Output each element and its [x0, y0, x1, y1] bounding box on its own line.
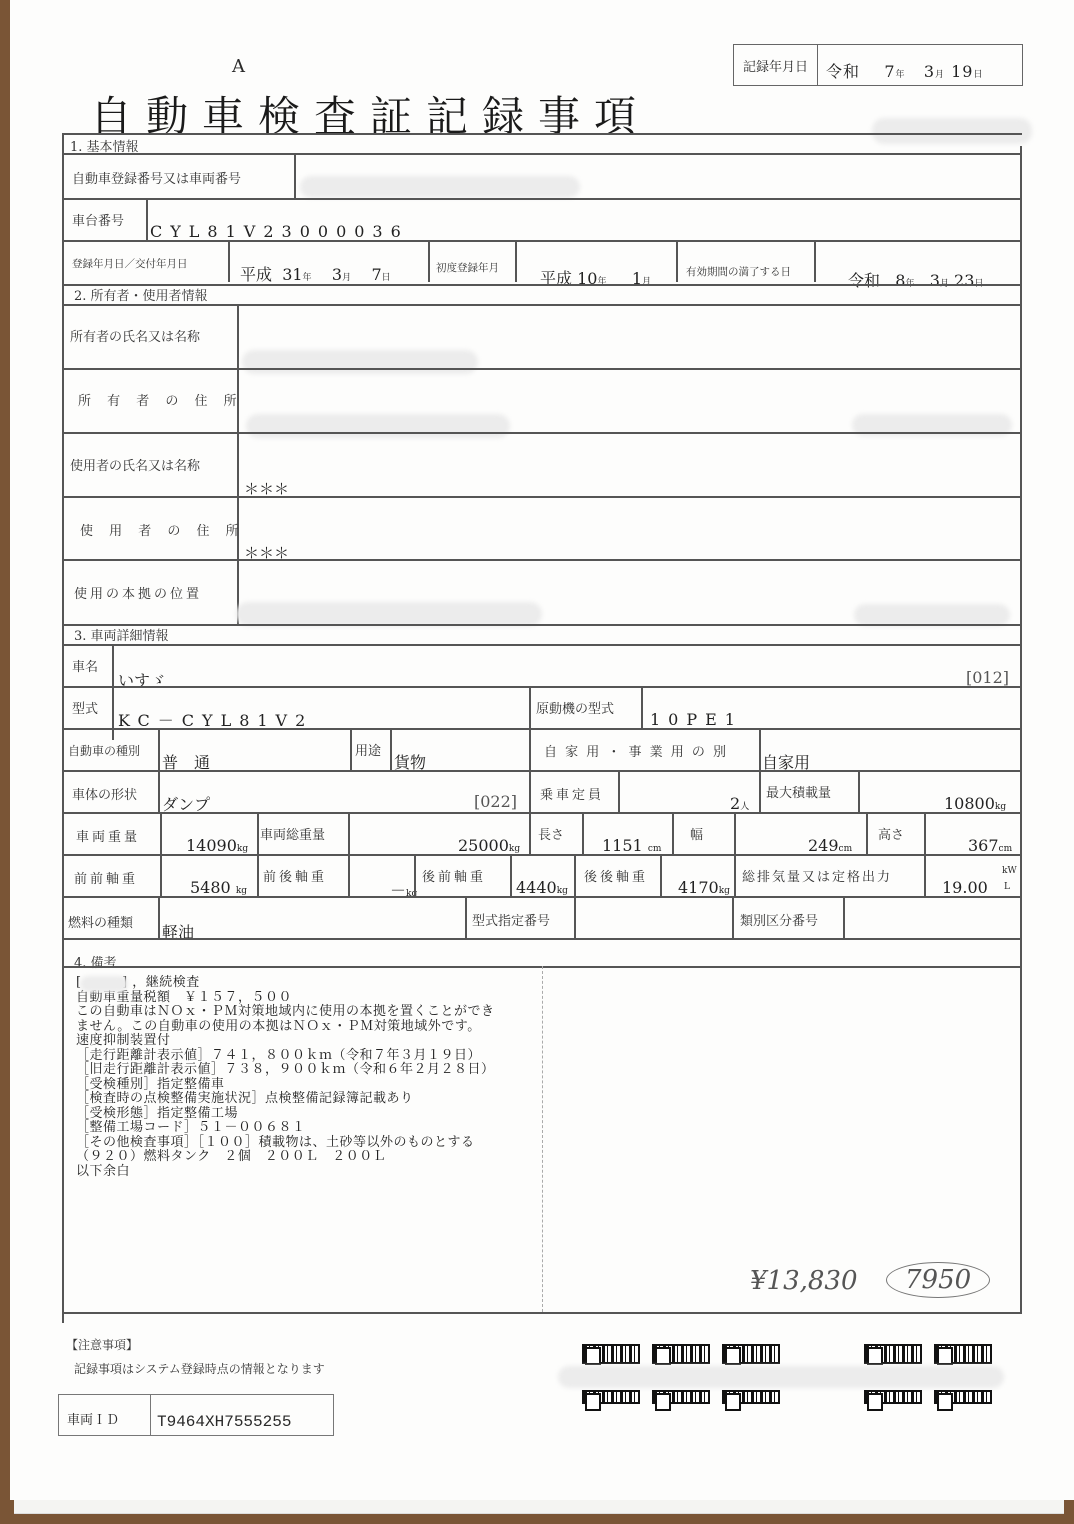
vehicle-id-box: 車両ＩＤ T9464XH7555255 — [58, 1394, 334, 1436]
qr-code-icon — [722, 1344, 780, 1364]
vehicle-id-value: T9464XH7555255 — [151, 1395, 333, 1435]
displacement-unit-l: L — [1004, 882, 1010, 892]
height-label: 高さ — [878, 824, 904, 843]
reg-number-label: 自動車登録番号又は車両番号 — [72, 168, 241, 187]
engine-label: 原動機の型式 — [536, 698, 614, 717]
user-address-label: 使 用 者 の 住 所 — [80, 520, 245, 539]
redacted-owner-address — [246, 414, 510, 438]
length-value: 1151 cm — [602, 836, 661, 855]
expiry-label: 有効期間の満了する日 — [686, 264, 791, 279]
handwritten-amount: ¥13,830 — [750, 1266, 858, 1296]
purpose-label: 用途 — [355, 740, 381, 759]
displacement-label: 総排気量又は定格出力 — [742, 866, 892, 885]
fuel-value: 軽油 — [162, 920, 194, 943]
category-label: 類別区分番号 — [740, 910, 818, 929]
rr-axle-value: 4170kg — [678, 878, 730, 897]
type-designation-label: 型式指定番号 — [472, 910, 550, 929]
remark-line: （９２０）燃料タンク ２個 ２００Ｌ ２００Ｌ — [76, 1150, 495, 1165]
rr-axle-label: 後後軸重 — [584, 866, 648, 885]
record-date-label: 記録年月日 — [734, 45, 818, 85]
max-load-value: 10800kg — [944, 794, 1006, 813]
gross-weight-label: 車両総重量 — [260, 824, 325, 843]
redacted-reg-number — [300, 176, 580, 198]
rf-axle-value: 4440kg — [516, 878, 568, 897]
gross-weight-value: 25000kg — [458, 836, 520, 855]
qr-code-icon — [652, 1390, 710, 1404]
remark-line: [ ] ，継続検査 — [76, 976, 495, 991]
remark-line: ［検査時の点検整備実施状況］点検整備記録簿記載あり — [76, 1092, 495, 1107]
car-name-value: いすゞ — [118, 668, 166, 691]
remark-line: ません。この自動車の使用の本拠はＮＯｘ・ＰＭ対策地域外です。 — [76, 1020, 495, 1035]
fr-axle-label: 前後軸重 — [263, 866, 327, 885]
redacted-area — [872, 118, 1032, 144]
chassis-label: 車台番号 — [72, 210, 124, 229]
expiry-value: 令和 8年 3月 23日 — [848, 268, 983, 291]
inspection-certificate-record: A 自動車検査証記録事項 記録年月日 令和 7年 3月 19日 1. 基本情報 … — [10, 0, 1074, 1500]
ff-axle-label: 前前軸重 — [74, 868, 138, 887]
section4-heading: 4. 備考 — [74, 952, 117, 971]
vehicle-weight-label: 車両重量 — [76, 826, 140, 845]
displacement-unit-kw: kW — [1002, 866, 1017, 876]
redacted-base-location — [236, 602, 542, 626]
remark-line: ［整備工場コード］５１－００６８１ — [76, 1121, 495, 1136]
engine-value: 10PE1 — [650, 710, 743, 729]
remark-line: 速度抑制装置付 — [76, 1034, 495, 1049]
owner-name-label: 所有者の氏名又は名称 — [70, 326, 200, 345]
remark-line: 自動車重量税額 ￥１５７，５００ — [76, 991, 495, 1006]
qr-code-icon — [934, 1390, 992, 1404]
notice-text: 記録事項はシステム登録時点の情報となります — [74, 1360, 325, 1377]
qr-code-icon — [722, 1390, 780, 1404]
section3-heading: 3. 車両詳細情報 — [74, 625, 169, 644]
record-date-box: 記録年月日 令和 7年 3月 19日 — [733, 44, 1023, 86]
handwritten-circled-number: 7950 — [886, 1262, 990, 1298]
width-value: 249cm — [808, 836, 852, 855]
redacted-owner-name — [242, 350, 478, 374]
qr-code-icon — [864, 1390, 922, 1404]
redacted-base-location-2 — [854, 604, 1010, 626]
section2-heading: 2. 所有者・使用者情報 — [74, 285, 208, 304]
capacity-value: 2人 — [730, 794, 749, 813]
qr-code-icon — [864, 1344, 922, 1364]
redacted-remark — [80, 976, 128, 992]
qr-code-icon — [934, 1344, 992, 1364]
record-date-value: 令和 7年 3月 19日 — [818, 45, 1022, 85]
redacted-qr-area — [558, 1366, 1004, 1388]
car-name-label: 車名 — [72, 656, 98, 675]
body-shape-code: [022] — [474, 792, 517, 811]
reg-date-value: 平成 31年 3月 7日 — [240, 262, 391, 285]
base-location-label: 使用の本拠の位置 — [74, 583, 202, 602]
notice-heading: 【注意事項】 — [66, 1336, 138, 1353]
private-business-label: 自 家 用 ・ 事 業 用 の 別 — [544, 741, 728, 760]
remark-line: ［旧走行距離計表示値］７３８，９００ｋｍ（令和６年２月２８日） — [76, 1063, 495, 1078]
rf-axle-label: 後前軸重 — [422, 866, 486, 885]
remark-line: この自動車はＮＯｘ・ＰＭ対策地域内に使用の本拠を置くことができ — [76, 1005, 495, 1020]
corner-mark: A — [232, 56, 245, 77]
height-value: 367cm — [968, 836, 1012, 855]
vehicle-weight-value: 14090kg — [186, 836, 248, 855]
remark-line: ［受検種別］指定整備車 — [76, 1078, 495, 1093]
qr-code-icon — [652, 1344, 710, 1364]
reg-date-label: 登録年月日／交付年月日 — [72, 256, 188, 271]
length-label: 長さ — [538, 824, 564, 843]
body-shape-label: 車体の形状 — [72, 784, 137, 803]
remark-line: 以下余白 — [76, 1165, 495, 1180]
width-label: 幅 — [690, 824, 703, 843]
first-reg-label: 初度登録年月 — [436, 260, 499, 275]
capacity-label: 乗車定員 — [540, 784, 604, 803]
model-label: 型式 — [72, 698, 98, 717]
ff-axle-value: 5480 kg — [190, 878, 247, 897]
vehicle-id-label: 車両ＩＤ — [59, 1395, 151, 1435]
remark-line: ［走行距離計表示値］７４１，８００ｋｍ（令和７年３月１９日） — [76, 1049, 495, 1064]
document-title: 自動車検査証記録事項 — [90, 84, 650, 144]
chassis-value: CYL81V23000036 — [150, 222, 409, 241]
displacement-value: 19.00 — [942, 878, 988, 897]
first-reg-value: 平成 10年 1月 — [540, 266, 651, 289]
vehicle-type-label: 自動車の種別 — [68, 742, 140, 759]
qr-code-icon — [582, 1344, 640, 1364]
max-load-label: 最大積載量 — [766, 782, 831, 801]
remarks-divider — [542, 966, 543, 1312]
fuel-label: 燃料の種類 — [68, 912, 133, 931]
qr-code-icon — [582, 1390, 640, 1404]
car-name-code: [012] — [966, 668, 1009, 687]
remark-line: ［受検形態］指定整備工場 — [76, 1107, 495, 1122]
remarks-text: [ ] ，継続検査自動車重量税額 ￥１５７，５００この自動車はＮＯｘ・ＰＭ対策地… — [76, 976, 495, 1179]
user-name-label: 使用者の氏名又は名称 — [70, 455, 200, 474]
remark-line: ［その他検査事項］［１００］積載物は、土砂等以外のものとする — [76, 1136, 495, 1151]
owner-address-label: 所 有 者 の 住 所 — [78, 390, 243, 409]
